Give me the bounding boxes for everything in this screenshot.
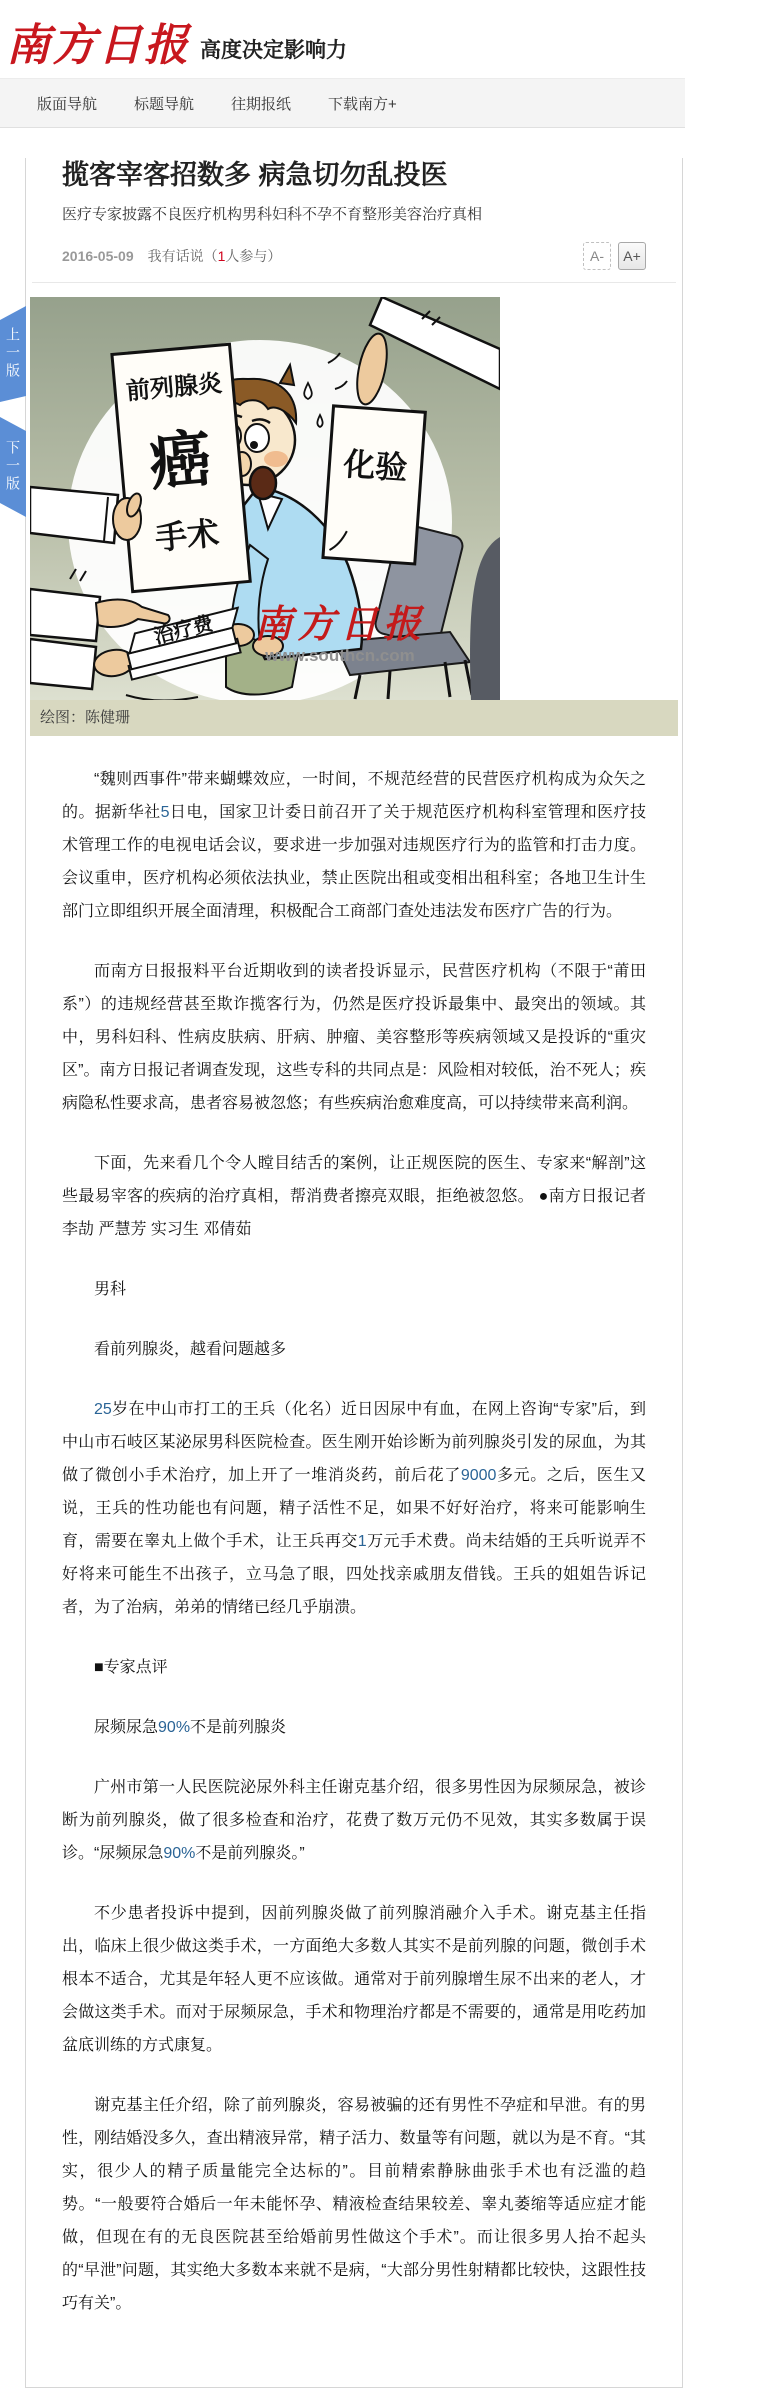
diagnosis-sign: 前列腺炎 癌 手术 <box>112 344 250 591</box>
sign-lab-test-text: 化验 <box>341 446 408 486</box>
meta-divider <box>32 282 676 283</box>
article-body: “魏则西事件”带来蝴蝶效应，一时间，不规范经营的民营医疗机构成为众矢之的。据新华… <box>26 763 682 2320</box>
font-size-controls: A- A+ <box>583 242 646 270</box>
article-meta: 2016-05-09 我有话说（1人参与） A- A+ <box>62 242 646 270</box>
comments-label-suffix: 人参与） <box>225 248 281 264</box>
article-paragraph: 广州市第一人民医院泌尿外科主任谢克基介绍，很多男性因为尿频尿急，被诊断为前列腺炎… <box>62 1771 646 1870</box>
font-increase-button[interactable]: A+ <box>618 242 646 270</box>
sign-cancer-text: 癌 <box>147 424 215 498</box>
watermark-title: 南方日报 <box>254 601 426 646</box>
lab-test-sign: 化验 <box>323 406 425 564</box>
illustration-caption: 绘图：陈健珊 <box>30 700 678 736</box>
comments-label: 我有话说（ <box>148 248 218 264</box>
nav-item[interactable]: 标题导航 <box>134 93 194 114</box>
article-container: 揽客宰客招数多 病急切勿乱投医 医疗专家披露不良医疗机构男科妇科不孕不育整形美容… <box>25 158 683 2388</box>
prev-page-tab[interactable]: 上一版 <box>0 306 26 402</box>
article-paragraph: 尿频尿急90%不是前列腺炎 <box>62 1711 646 1744</box>
publish-date: 2016-05-09 <box>62 248 134 264</box>
page-version-tabs: 上一版 下一版 <box>0 306 26 517</box>
nav-item[interactable]: 版面导航 <box>37 93 97 114</box>
nav-item[interactable]: 下载南方+ <box>328 93 397 114</box>
font-decrease-button[interactable]: A- <box>583 242 611 270</box>
article-paragraph: 而南方日报报料平台近期收到的读者投诉显示，民营医疗机构（不限于“莆田系”）的违规… <box>62 955 646 1120</box>
article-paragraph: 看前列腺炎，越看问题越多 <box>62 1333 646 1366</box>
site-header: 南方日报 高度决定影响力 <box>0 0 685 78</box>
site-logo[interactable]: 南方日报 <box>6 24 190 68</box>
article-paragraph: 下面，先来看几个令人瞠目结舌的案例，让正规医院的医生、专家来“解剖”这些最易宰客… <box>62 1147 646 1246</box>
article-subtitle: 医疗专家披露不良医疗机构男科妇科不孕不育整形美容治疗真相 <box>62 203 646 224</box>
article-paragraph: 不少患者投诉中提到，因前列腺炎做了前列腺消融介入手术。谢克基主任指出，临床上很少… <box>62 1897 646 2062</box>
article-paragraph: ■专家点评 <box>62 1651 646 1684</box>
page: 南方日报 高度决定影响力 版面导航标题导航往期报纸下载南方+ 揽客宰客招数多 病… <box>0 0 768 2388</box>
article-paragraph: 25岁在中山市打工的王兵（化名）近日因尿中有血，在网上咨询“专家”后，到中山市石… <box>62 1393 646 1624</box>
sign-surgery-text: 手术 <box>154 515 221 556</box>
article-illustration: 前列腺炎 癌 手术 <box>30 297 678 736</box>
comments-link[interactable]: 我有话说（1人参与） <box>148 246 282 266</box>
article-paragraph: 谢克基主任介绍，除了前列腺炎，容易被骗的还有男性不孕症和早泄。有的男性，刚结婚没… <box>62 2089 646 2320</box>
main-nav: 版面导航标题导航往期报纸下载南方+ <box>0 78 685 128</box>
watermark-url: www.southcn.com <box>264 646 415 665</box>
site-tagline: 高度决定影响力 <box>200 34 347 68</box>
page-column: 南方日报 高度决定影响力 版面导航标题导航往期报纸下载南方+ 揽客宰客招数多 病… <box>0 0 685 2388</box>
article-paragraph: “魏则西事件”带来蝴蝶效应，一时间，不规范经营的民营医疗机构成为众矢之的。据新华… <box>62 763 646 928</box>
article-paragraph: 男科 <box>62 1273 646 1306</box>
nav-item[interactable]: 往期报纸 <box>231 93 291 114</box>
watermark: 南方日报 www.southcn.com <box>254 601 426 665</box>
article-title: 揽客宰客招数多 病急切勿乱投医 <box>62 158 646 193</box>
next-page-tab[interactable]: 下一版 <box>0 417 26 517</box>
cartoon-illustration: 前列腺炎 癌 手术 <box>30 297 500 700</box>
